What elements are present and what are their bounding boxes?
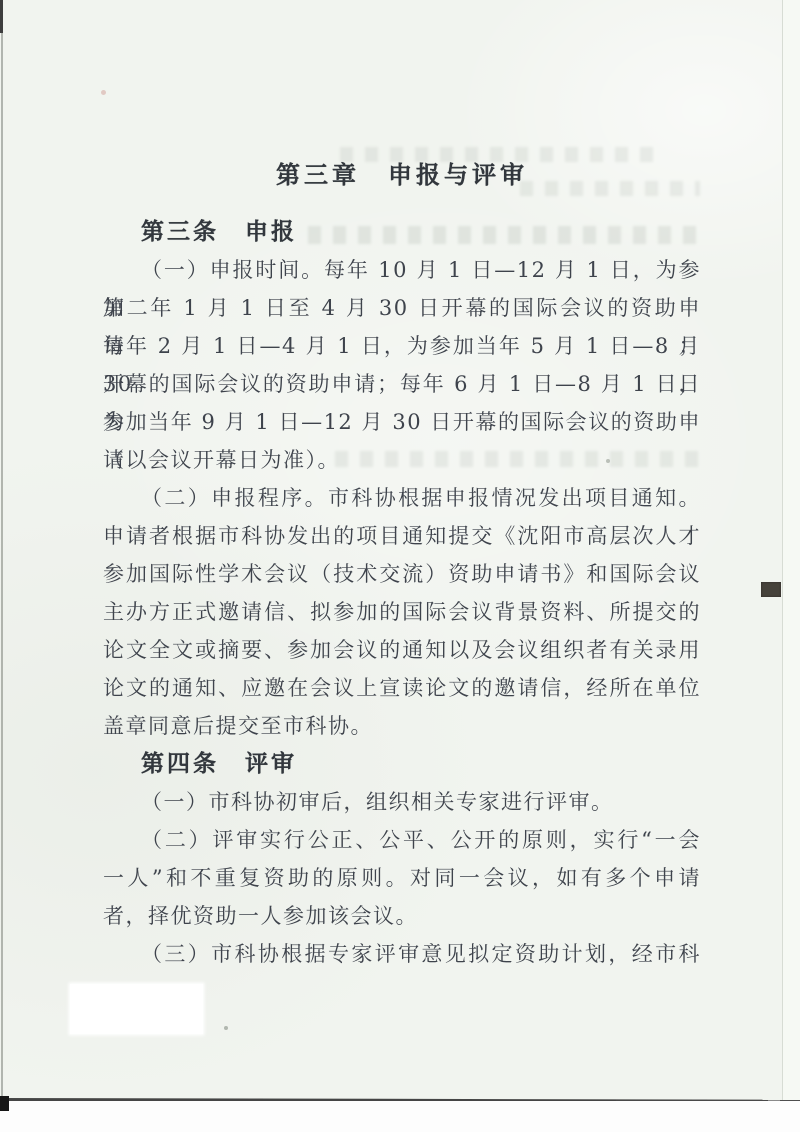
text-line: 申请者根据市科协发出的项目通知提交《沈阳市高层次人才 <box>103 517 701 555</box>
text-line: 开幕的国际会议的资助申请；每年 6 月 1 日—8 月 1 日，为 <box>103 365 701 403</box>
text-line: 参加国际性学术会议（技术交流）资助申请书》和国际会议 <box>103 555 701 593</box>
text-line: （二）评审实行公正、公平、公开的原则，实行“一会 <box>103 821 701 859</box>
body-lines: 第三条 申报（一）申报时间。每年 10 月 1 日—12 月 1 日，为参加第二… <box>103 213 701 973</box>
scan-left-top-mark <box>0 0 3 33</box>
text-line: （以会议开幕日为准）。 <box>103 441 701 479</box>
section-heading: 第三条 申报 <box>103 213 701 251</box>
section-heading: 第四条 评审 <box>103 745 701 783</box>
scan-left-edge-line <box>1 0 3 1101</box>
text-line: 每年 2 月 1 日—4 月 1 日，为参加当年 5 月 1 日—8 月 30 … <box>103 327 701 365</box>
text-line: 论文的通知、应邀在会议上宣读论文的邀请信，经所在单位 <box>103 669 701 707</box>
chapter-title: 第三章 申报与评审 <box>103 156 701 194</box>
right-edge-black-mark <box>761 582 781 597</box>
text-line: （一）市科协初审后，组织相关专家进行评审。 <box>103 783 701 821</box>
text-line: （一）申报时间。每年 10 月 1 日—12 月 1 日，为参加 <box>103 251 701 289</box>
text-line: 参加当年 9 月 1 日—12 月 30 日开幕的国际会议的资助申请 <box>103 403 701 441</box>
bottom-left-corner-mark <box>0 1096 9 1111</box>
text-line: 盖章同意后提交至市科协。 <box>103 707 701 745</box>
text-line: 论文全文或摘要、参加会议的通知以及会议组织者有关录用 <box>103 631 701 669</box>
whited-out-area <box>70 984 203 1034</box>
text-line: 者，择优资助一人参加该会议。 <box>103 897 701 935</box>
text-line: 第二年 1 月 1 日至 4 月 30 日开幕的国际会议的资助申请； <box>103 289 701 327</box>
scanned-page: 第三章 申报与评审 第三条 申报（一）申报时间。每年 10 月 1 日—12 月… <box>0 0 800 1132</box>
scan-speck <box>224 1026 228 1030</box>
text-line: （三）市科协根据专家评审意见拟定资助计划，经市科 <box>103 935 701 973</box>
text-line: 一人”和不重复资助的原则。对同一会议，如有多个申请 <box>103 859 701 897</box>
text-line: 主办方正式邀请信、拟参加的国际会议背景资料、所提交的 <box>103 593 701 631</box>
scanner-background <box>0 1101 800 1132</box>
scan-right-edge-strip <box>782 0 800 1101</box>
text-line: （二）申报程序。市科协根据申报情况发出项目通知。 <box>103 479 701 517</box>
document-text: 第三章 申报与评审 第三条 申报（一）申报时间。每年 10 月 1 日—12 月… <box>103 0 701 973</box>
